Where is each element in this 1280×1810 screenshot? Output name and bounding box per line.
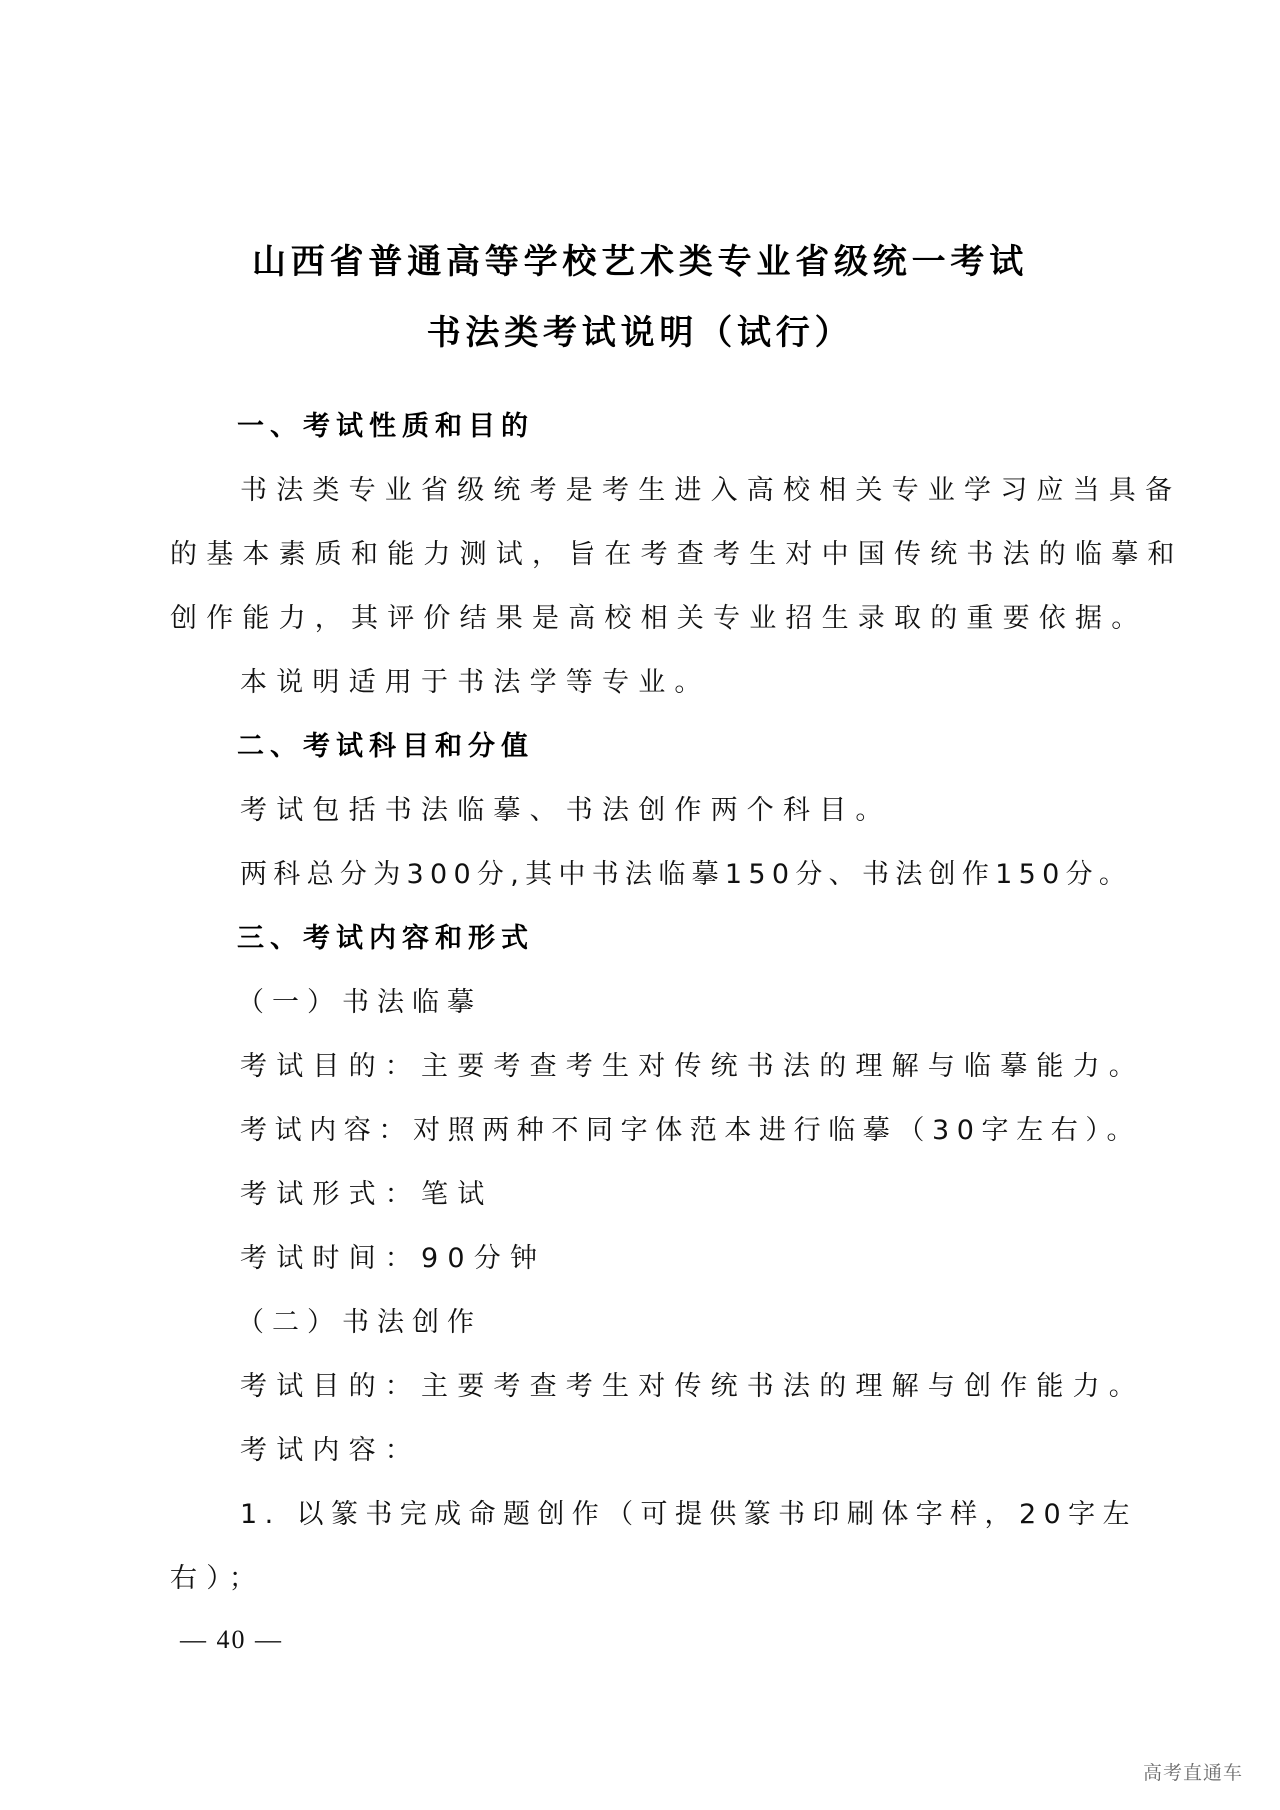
document-title-line1: 山西省普通高等学校艺术类专业省级统一考试 (0, 240, 1280, 284)
creation-item-1-continued: 右）； (170, 1559, 265, 1599)
copying-content: 考试内容：对照两种不同字体范本进行临摹（30字左右）。 (240, 1111, 1141, 1151)
copying-time: 考试时间：90分钟 (240, 1239, 546, 1279)
document-title-line2: 书法类考试说明（试行） (0, 311, 1280, 355)
copying-purpose: 考试目的：主要考查考生对传统书法的理解与临摹能力。 (240, 1047, 1145, 1087)
paragraph-applicability: 本说明适用于书法学等专业。 (240, 663, 711, 703)
creation-purpose: 考试目的：主要考查考生对传统书法的理解与创作能力。 (240, 1367, 1145, 1407)
section-heading-content-form: 三、考试内容和形式 (237, 919, 534, 959)
copying-form: 考试形式：笔试 (240, 1175, 493, 1215)
paragraph-scores: 两科总分为300分,其中书法临摹150分、书法创作150分。 (240, 855, 1132, 895)
watermark: 高考直通车 (1143, 1758, 1243, 1785)
creation-item-1: 1. 以篆书完成命题创作（可提供篆书印刷体字样，20字左 (240, 1495, 1137, 1535)
subsection-heading-copying: （一）书法临摹 (237, 983, 482, 1023)
subsection-heading-creation: （二）书法创作 (237, 1303, 482, 1343)
creation-content-label: 考试内容： (240, 1431, 421, 1471)
page-number: — 40 — (180, 1625, 283, 1655)
document-page: 山西省普通高等学校艺术类专业省级统一考试 书法类考试说明（试行） 一、考试性质和… (0, 0, 1280, 1810)
paragraph-line: 的基本素质和能力测试，旨在考查考生对中国传统书法的临摹和 (170, 535, 1184, 575)
paragraph-line: 创作能力，其评价结果是高校相关专业招生录取的重要依据。 (170, 599, 1147, 639)
section-heading-subjects-scores: 二、考试科目和分值 (237, 727, 534, 767)
section-heading-nature-purpose: 一、考试性质和目的 (237, 407, 534, 447)
paragraph-subjects: 考试包括书法临摹、书法创作两个科目。 (240, 791, 892, 831)
paragraph-line: 书法类专业省级统考是考生进入高校相关专业学习应当具备 (240, 471, 1181, 511)
